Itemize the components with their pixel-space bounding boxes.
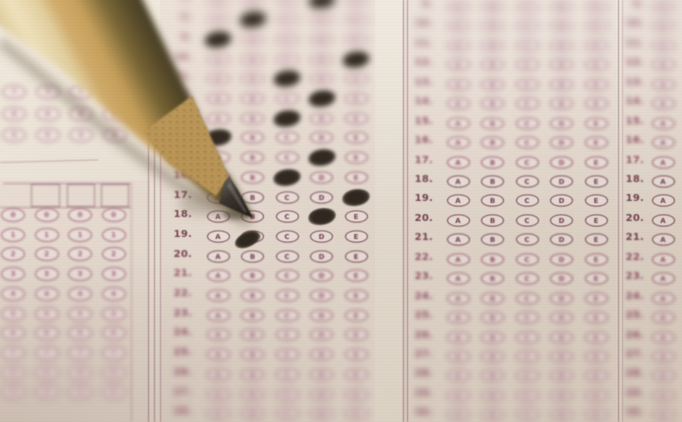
pencil — [0, 0, 682, 422]
photo-scantron-with-pencil: 777788889999 000011112222333344445555666… — [0, 0, 682, 422]
